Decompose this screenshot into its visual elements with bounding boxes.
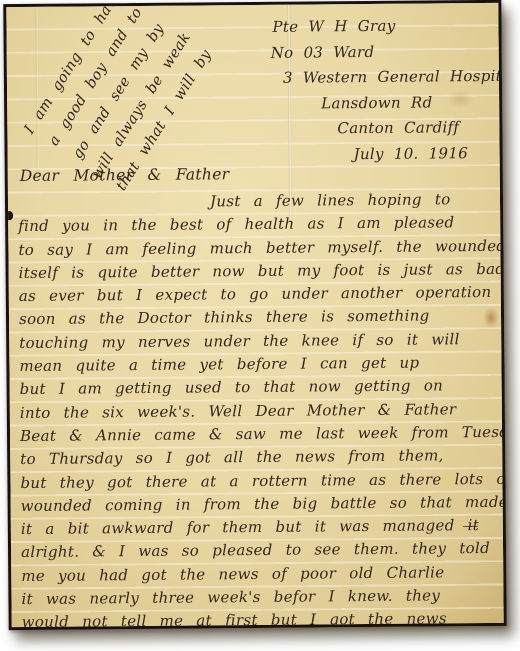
address-line: July 10. 1916 xyxy=(353,140,503,167)
address-line: 3 Western General Hospital xyxy=(283,64,504,92)
address-line: Lansdown Rd xyxy=(321,89,504,116)
letter-photo: I am going to havea good boy and togo an… xyxy=(3,0,506,630)
scan-page: { "colors":{ "background":"#ffffff", "pa… xyxy=(0,0,520,651)
salutation: Dear Mother & Father xyxy=(20,165,230,185)
sender-address-block: Pte W H GrayNo 03 Ward3 Western General … xyxy=(236,13,503,168)
body-line: would not tell me at first but I got the… xyxy=(22,607,504,627)
address-line: Pte W H Gray xyxy=(272,13,503,41)
body-line: touching my nerves under the knee if so … xyxy=(19,328,504,356)
address-line: No 03 Ward xyxy=(271,38,504,66)
letter-body: Just a few lines hoping tofind you in th… xyxy=(18,188,504,627)
body-line: as ever but I expect to go under another… xyxy=(19,281,504,309)
address-line: Canton Cardiff xyxy=(337,115,503,142)
paper-edge-tear xyxy=(6,211,13,220)
letter-paper: I am going to havea good boy and togo an… xyxy=(6,3,503,627)
